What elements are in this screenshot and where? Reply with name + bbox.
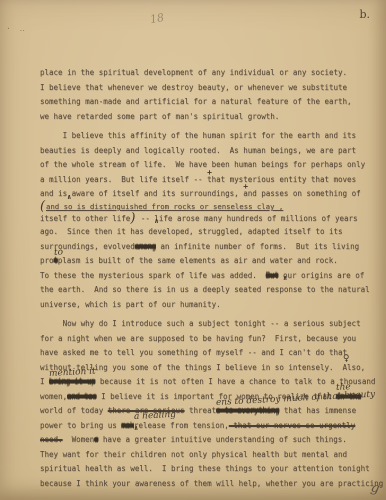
typed-line: we have retarded some part of man's spir…	[40, 110, 386, 125]
typed-line: of the whole stream of life. We have bee…	[40, 158, 386, 173]
typed-text: release from tension,	[134, 421, 229, 430]
typed-text: threat	[185, 406, 217, 415]
typed-text: plasm is built of the same elements as a…	[58, 256, 338, 265]
blotted-text: But	[266, 271, 279, 280]
typed-text: a million years. But life itself --	[40, 175, 207, 184]
typed-text: have a greater intuitive understanding o…	[98, 435, 346, 444]
typed-text: the earth. And so there is in us a deepl…	[40, 285, 370, 294]
typed-text: aware of itself and its surroundings,	[67, 189, 243, 198]
typed-line: I believe that whenever we destroy beaut…	[40, 81, 386, 96]
handwritten-annotation: to	[53, 246, 54, 260]
typed-text: that has immense	[279, 406, 356, 415]
typed-text: I believe this affinity of the human spi…	[40, 131, 356, 140]
handwritten-mark-icon: (	[40, 200, 46, 215]
typed-line: I believe this affinity of the human spi…	[40, 129, 386, 144]
typed-text: pro	[40, 256, 54, 265]
handwritten-page-number: 18	[149, 11, 165, 26]
typed-text: I	[40, 377, 49, 386]
typed-insertion-line: (and so is distinguished from rocks or s…	[40, 199, 386, 208]
typed-line: surroundings, evolvedamong an infinite n…	[40, 240, 386, 255]
typed-text: world of today	[40, 406, 108, 415]
typed-text: Now why do I introduce such a subject to…	[40, 319, 361, 328]
typed-text: To these the mysterious spark of life wa…	[40, 271, 266, 280]
typed-line: something man-made and artificial for a …	[40, 95, 386, 110]
typed-text: for a night when we are supposed to be h…	[40, 334, 356, 343]
typed-text: life arose many hundreds of millions of …	[154, 214, 357, 223]
typed-text: I believe that whenever we destroy beaut…	[40, 83, 347, 92]
corner-label: b.	[359, 8, 370, 21]
typed-line: the earth. And so there is in us a deepl…	[40, 283, 386, 298]
typed-text: because it is not often I have a chance …	[95, 377, 375, 386]
typed-line: need. Womens have a greater intuitive un…	[40, 433, 386, 448]
handwritten-annotation: ens to destroy much of that beauty	[216, 396, 217, 410]
stray-pencil-marks: · ‥	[6, 24, 27, 33]
handwritten-annotation: ♀	[342, 352, 343, 366]
typed-text: beauties is deeply and logically rooted.…	[40, 146, 356, 155]
typed-text: that mysterious entity that moves	[207, 175, 356, 184]
typed-line: have asked me to tell you something of m…	[40, 346, 386, 361]
typed-text: itself to other life	[40, 214, 130, 223]
typed-text: we have retarded some part of man's spir…	[40, 112, 279, 121]
typed-text: women,	[40, 392, 67, 401]
typed-line: Now why do I introduce such a subject to…	[40, 317, 386, 332]
typed-line: spiritual health as well. I bring these …	[40, 462, 386, 477]
typed-line: beauties is deeply and logically rooted.…	[40, 144, 386, 159]
typed-line: prototplasm is built of the same element…	[40, 254, 386, 269]
typed-line: I mention itbring it up because it is no…	[40, 375, 386, 390]
typed-text: power to bring us	[40, 421, 121, 430]
typescript-text-block: place in the spiritual development of an…	[40, 66, 386, 491]
handwritten-annotation: mention it	[49, 367, 50, 381]
typed-underlined-text: and so is distinguished from rocks or se…	[46, 202, 283, 211]
typed-text: place in the spiritual development of an…	[40, 68, 347, 77]
handwritten-mark-icon: )	[130, 212, 136, 227]
typed-line: To these the mysterious spark of life wa…	[40, 269, 386, 284]
typed-line: for a night when we are supposed to be h…	[40, 332, 386, 347]
typed-text: spiritual health as well. I bring these …	[40, 464, 370, 473]
typed-line: a million years. But life itself -- +tha…	[40, 173, 386, 188]
typed-text: universe, which is part of our humanity.	[40, 300, 221, 309]
typed-line: ago. Since then it has developed, strugg…	[40, 225, 386, 240]
typed-text: ago. Since then it has developed, strugg…	[40, 227, 343, 236]
typed-line: because I think your awareness of them w…	[40, 477, 386, 492]
typed-line: They want for their children not only ph…	[40, 448, 386, 463]
typed-line: universe, which is part of our humanity.	[40, 298, 386, 313]
typed-text: an infinite number of forms. But its liv…	[156, 242, 359, 251]
typed-text: have asked me to tell you something of m…	[40, 348, 347, 357]
typed-line: power to bring us maka healing∧release f…	[40, 419, 386, 434]
typed-text: and passes on something of	[243, 189, 360, 198]
typed-text: because I think your awareness of them w…	[40, 479, 383, 488]
struck-text: need.	[40, 435, 63, 444]
typed-line: place in the spiritual development of an…	[40, 66, 386, 81]
typed-line: itself to other life) -- ∧life arose man…	[40, 211, 386, 226]
blotted-text: mak	[121, 421, 134, 430]
typed-line: world of today there are serious threate…	[40, 404, 386, 419]
typed-text: and is	[40, 189, 67, 198]
typed-text: of the whole stream of life. We have bee…	[40, 160, 365, 169]
typed-text: They want for their children not only ph…	[40, 450, 347, 459]
typed-text: Women	[63, 435, 95, 444]
blotted-text: among	[135, 242, 156, 251]
typed-text: our origins are of	[283, 271, 364, 280]
blotted-text: and tes	[67, 392, 97, 401]
struck-text: that our nerves so urgently	[229, 421, 355, 430]
typed-text: something man-made and artificial for a …	[40, 97, 352, 106]
typed-text: --	[136, 214, 154, 223]
